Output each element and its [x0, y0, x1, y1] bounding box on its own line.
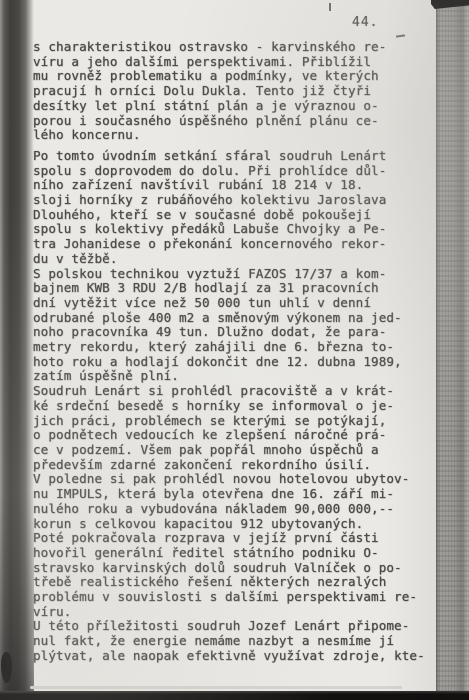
text-line: nul fakt, že energie nemáme nazbyt a nes… — [33, 634, 415, 649]
page-number: 44. — [352, 15, 378, 30]
text-line: víru a jeho dalšími perspektivami. Přibl… — [33, 55, 415, 70]
text-line: o podnětech vedoucích ke zlepšení náročn… — [33, 428, 415, 443]
text-line: pracují h orníci Dolu Dukla. Tento již č… — [33, 84, 415, 99]
text-line: stravsko karvinských dolů soudruh Valníč… — [33, 561, 415, 576]
scan-bottom-edge — [0, 691, 469, 700]
text-line: korun s celkovou kapacitou 912 ubytovaný… — [33, 517, 415, 532]
text-line: metry rekordu, který zahájili dne 6. bře… — [33, 340, 415, 355]
text-line: dní vytěžit více než 50 000 tun uhlí v d… — [33, 296, 415, 311]
text-line: spolu s kolektivy předáků Labuše Chvojky… — [33, 222, 415, 237]
scan-artifact-tick — [329, 3, 331, 11]
text-line: desítky let plní státní plán a je výrazn… — [33, 99, 415, 114]
paragraph: Soudruh Lenárt si prohlédl pracoviště a … — [33, 384, 415, 472]
text-line: hoto roku a hodlají dokončit dne 12. dub… — [33, 355, 415, 370]
text-line: Soudruh Lenárt si prohlédl pracoviště a … — [33, 384, 415, 399]
text-line: tra Johanidese o překonání koncernového … — [33, 237, 415, 252]
text-line: problému v souvislosti s dalšími perspek… — [33, 590, 415, 605]
text-line: noho pracovníka 49 tun. Dlužno dodat, že… — [33, 325, 415, 340]
paragraph: Po tomto úvodním setkání sfáral soudruh … — [33, 149, 415, 267]
text-line: především zdarné zakončení rekordního ús… — [33, 458, 415, 473]
text-line: zatím úspěšně plní. — [33, 369, 415, 384]
scanned-page: 44. s charakteristikou ostravsko - karvi… — [0, 0, 469, 700]
text-line: hovořil generální ředitel státního podni… — [33, 546, 415, 561]
text-line: du v těžbě. — [33, 252, 415, 267]
text-line: víru. — [33, 605, 415, 620]
text-line: sloji horníky z rubáňového kolektivu Jar… — [33, 193, 415, 208]
paragraph: Poté pokračovala rozprava v jejíž první … — [33, 531, 415, 619]
text-line: porou i současného úspěšného plnění plán… — [33, 114, 415, 129]
text-line: Poté pokračovala rozprava v jejíž první … — [33, 531, 415, 546]
text-line: odrubané ploše 400 m2 a směnovým výkonem… — [33, 311, 415, 326]
text-line: U této příležitosti soudruh Jozef Lenárt… — [33, 619, 415, 634]
text-line: ké srdeční besedě s horníky se informova… — [33, 399, 415, 414]
scan-artifact-dash — [396, 34, 405, 37]
paragraph: S polskou technikou vyztuží FAZOS 17/37 … — [33, 267, 415, 385]
text-line: s charakteristikou ostravsko - karvinské… — [33, 40, 415, 55]
text-line: nulého roku a vybudována nákladem 90,000… — [33, 502, 415, 517]
text-line: spolu s doprovodem do dolu. Při prohlídc… — [33, 164, 415, 179]
text-line: třebě realistického řešení některých nez… — [33, 575, 415, 590]
text-line: lého koncernu. — [33, 128, 415, 143]
page-edge-band — [436, 0, 469, 700]
text-line: mu rovněž problematiku a podmínky, ve kt… — [33, 69, 415, 84]
text-line: Po tomto úvodním setkání sfáral soudruh … — [33, 149, 415, 164]
text-line: bajnem KWB 3 RDU 2/B hodlají za 31 praco… — [33, 281, 415, 296]
paragraph: U této příležitosti soudruh Jozef Lenárt… — [33, 619, 415, 663]
text-line: ního zařízení navštívil rubání 18 214 v … — [33, 178, 415, 193]
text-line: ce v podzemí. Všem pak popřál mnoho úspě… — [33, 443, 415, 458]
paragraph: s charakteristikou ostravsko - karvinské… — [33, 40, 415, 143]
text-line: S polskou technikou vyztuží FAZOS 17/37 … — [33, 267, 415, 282]
paragraph: V poledne si pak prohlédl novou hotelovo… — [33, 472, 415, 531]
text-line: V poledne si pak prohlédl novou hotelovo… — [33, 472, 415, 487]
scan-artifact-line — [30, 686, 402, 689]
text-body: s charakteristikou ostravsko - karvinské… — [33, 40, 415, 664]
binding-shadow — [0, 0, 34, 700]
text-line: jich práci, problémech se kterými se pot… — [33, 414, 415, 429]
text-line: nu IMPULS, která byla otevřena dne 16. z… — [33, 487, 415, 502]
text-line: plýtvat, ale naopak efektivně využívat z… — [33, 649, 415, 664]
